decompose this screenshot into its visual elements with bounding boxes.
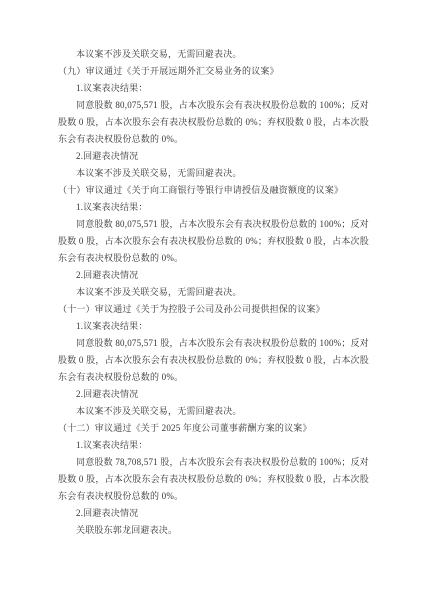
vote-result-label: 1.议案表决结果： <box>58 199 369 216</box>
recusal-label: 2.回避表决情况 <box>58 386 369 403</box>
vote-result-text: 同意股数 80,075,571 股，占本次股东会有表决权股份总数的 100%；反… <box>58 216 369 267</box>
section-heading: （九）审议通过《关于开展远期外汇交易业务的议案》 <box>58 63 369 80</box>
recusal-text: 本议案不涉及关联交易，无需回避表决。 <box>58 403 369 420</box>
vote-result-text: 同意股数 78,708,571 股，占本次股东会有表决权股份总数的 100%；反… <box>58 454 369 505</box>
recusal-label: 2.回避表决情况 <box>58 505 369 522</box>
vote-result-label: 1.议案表决结果： <box>58 80 369 97</box>
recusal-label: 2.回避表决情况 <box>58 148 369 165</box>
recusal-text: 关联股东郭龙回避表决。 <box>58 522 369 539</box>
vote-result-label: 1.议案表决结果： <box>58 437 369 454</box>
resolution-section-10: （十）审议通过《关于向工商银行等银行申请授信及融资额度的议案》 1.议案表决结果… <box>58 182 369 301</box>
vote-result-text: 同意股数 80,075,571 股，占本次股东会有表决权股份总数的 100%；反… <box>58 335 369 386</box>
resolution-section-12: （十二）审议通过《关于 2025 年度公司董事薪酬方案的议案》 1.议案表决结果… <box>58 420 369 539</box>
document-page: 本议案不涉及关联交易，无需回避表决。 （九）审议通过《关于开展远期外汇交易业务的… <box>0 0 424 600</box>
carryover-recusal-line: 本议案不涉及关联交易，无需回避表决。 <box>58 46 369 63</box>
section-heading: （十二）审议通过《关于 2025 年度公司董事薪酬方案的议案》 <box>58 420 369 437</box>
resolution-section-9: （九）审议通过《关于开展远期外汇交易业务的议案》 1.议案表决结果： 同意股数 … <box>58 63 369 182</box>
recusal-label: 2.回避表决情况 <box>58 267 369 284</box>
vote-result-text: 同意股数 80,075,571 股，占本次股东会有表决权股份总数的 100%；反… <box>58 97 369 148</box>
section-heading: （十一）审议通过《关于为控股子公司及孙公司提供担保的议案》 <box>58 301 369 318</box>
resolution-section-11: （十一）审议通过《关于为控股子公司及孙公司提供担保的议案》 1.议案表决结果： … <box>58 301 369 420</box>
vote-result-label: 1.议案表决结果： <box>58 318 369 335</box>
recusal-text: 本议案不涉及关联交易，无需回避表决。 <box>58 165 369 182</box>
section-heading: （十）审议通过《关于向工商银行等银行申请授信及融资额度的议案》 <box>58 182 369 199</box>
recusal-text: 本议案不涉及关联交易，无需回避表决。 <box>58 284 369 301</box>
